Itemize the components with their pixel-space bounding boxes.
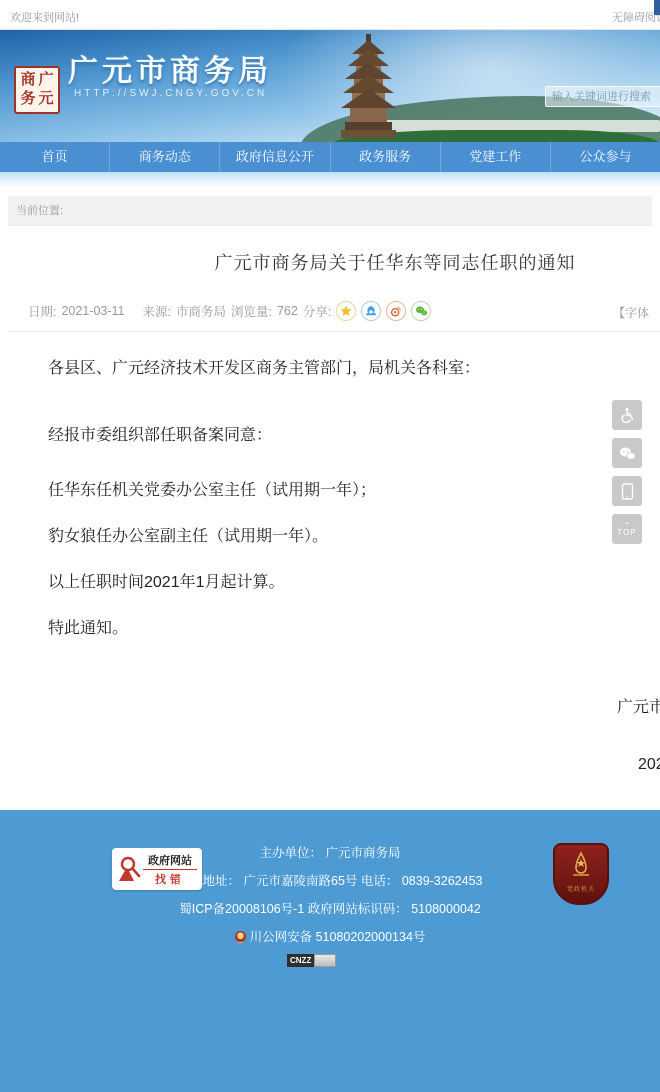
- main-nav: 首页 商务动态 政府信息公开 政务服务 党建工作 公众参与: [0, 142, 660, 172]
- article-sign-date: 2021年3月11日: [638, 751, 660, 774]
- back-to-top-button[interactable]: ⌃ TOP: [612, 514, 642, 544]
- article-paragraph: 以上任职时间2021年1月起计算。: [48, 571, 660, 595]
- seal-char: 务: [19, 90, 37, 109]
- chat-bubbles-icon: [619, 446, 636, 461]
- search-input[interactable]: [546, 88, 660, 107]
- seal-char: 广: [37, 71, 55, 90]
- gov-badge-emblem-icon: [555, 851, 607, 886]
- top-label: TOP: [617, 529, 636, 537]
- source-label: 来源:: [143, 302, 171, 320]
- gov-website-badge[interactable]: 党政机关: [553, 843, 609, 905]
- share-weibo-icon[interactable]: [386, 301, 406, 321]
- nav-item-public-participation[interactable]: 公众参与: [550, 142, 660, 172]
- accessibility-button[interactable]: [612, 400, 642, 430]
- seal-char: 元: [37, 90, 55, 109]
- date-value: 2021-03-11: [61, 304, 124, 318]
- breadcrumb-label: 当前位置:: [16, 196, 63, 226]
- font-size-control[interactable]: 【字体: [613, 304, 649, 321]
- views-label: 浏览量:: [231, 302, 272, 320]
- nav-item-gov-info[interactable]: 政府信息公开: [219, 142, 329, 172]
- share-qzone-icon[interactable]: [336, 301, 356, 321]
- cnzz-stats-badge[interactable]: CNZZ: [287, 954, 336, 967]
- nav-item-home[interactable]: 首页: [0, 142, 109, 172]
- site-url: HTTP://SWJ.CNGY.GOV.CN: [74, 88, 267, 99]
- article-meta: 日期: 2021-03-11 来源: 市商务局 浏览量:762 分享:: [28, 300, 431, 322]
- page-title: 广元市商务局关于任华东等同志任职的通知: [0, 249, 660, 275]
- share-label: 分享:: [303, 302, 331, 320]
- gov-badge-label: 党政机关: [555, 886, 607, 894]
- source-value: 市商务局: [176, 302, 226, 320]
- nav-item-party-work[interactable]: 党建工作: [440, 142, 550, 172]
- accessibility-link[interactable]: 无障碍阅读: [612, 9, 660, 25]
- top-bar: 欢迎来到网站! 无障碍阅读: [0, 0, 660, 30]
- nav-item-business-news[interactable]: 商务动态: [109, 142, 219, 172]
- police-badge-icon: [235, 931, 246, 943]
- date-label: 日期:: [28, 302, 56, 320]
- article-paragraph: 特此通知。: [48, 617, 660, 641]
- article-paragraph: 各县区、广元经济技术开发区商务主管部门，局机关各科室：: [48, 357, 660, 381]
- footer-icp[interactable]: 蜀ICP备20008106号-1 政府网站标识码： 5108000042: [120, 899, 540, 917]
- wheelchair-icon: [619, 407, 635, 423]
- wechat-share-button[interactable]: [612, 438, 642, 468]
- footer: 政府网站 找错 主办单位： 广元市商务局 单位地址： 广元市嘉陵南路65号 电话…: [0, 810, 660, 1092]
- cnzz-counter: [314, 954, 336, 967]
- article-paragraph: 经报市委组织部任职备案同意：: [48, 424, 660, 448]
- footer-host: 主办单位： 广元市商务局: [120, 843, 540, 861]
- page: 欢迎来到网站! 无障碍阅读: [0, 0, 660, 1092]
- nav-item-gov-services[interactable]: 政务服务: [330, 142, 440, 172]
- welcome-text: 欢迎来到网站!: [10, 9, 79, 25]
- footer-address: 单位地址： 广元市嘉陵南路65号 电话： 0839-3262453: [120, 871, 540, 889]
- article-signature: 广元市商务局: [617, 694, 660, 717]
- seal-char: 商: [19, 71, 37, 90]
- nav-sub-strip: [0, 172, 660, 186]
- mobile-phone-icon: [621, 483, 634, 500]
- views-value: 762: [277, 304, 298, 318]
- search-box: [545, 86, 660, 107]
- share-wechat-icon[interactable]: [411, 301, 431, 321]
- pagoda-tower-image: [333, 34, 405, 142]
- bureau-seal-logo: 商 广 务 元: [14, 66, 60, 114]
- breadcrumb: 当前位置:: [8, 196, 652, 226]
- site-title: 广元市商务局: [68, 46, 272, 90]
- footer-police[interactable]: 川公网安备 51080202000134号: [120, 927, 540, 945]
- article-paragraph: 豹女狼任办公室副主任（试用期一年）。: [48, 525, 660, 549]
- article-paragraph: 任华东任机关党委办公室主任（试用期一年）；: [48, 479, 660, 503]
- mobile-version-button[interactable]: [612, 476, 642, 506]
- cnzz-label: CNZZ: [287, 954, 314, 967]
- corner-decoration: [654, 0, 660, 15]
- meta-divider: [8, 331, 660, 332]
- share-qq-icon[interactable]: [361, 301, 381, 321]
- header-banner: 商 广 务 元 广元市商务局 HTTP://SWJ.CNGY.GOV.CN: [0, 30, 660, 142]
